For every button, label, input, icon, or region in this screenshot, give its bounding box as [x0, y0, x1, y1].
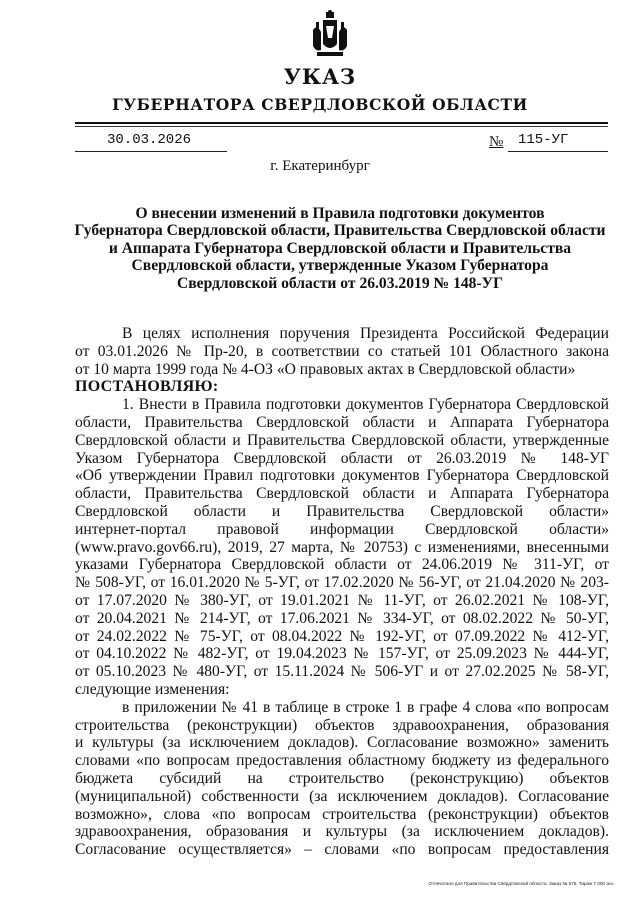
change-line: здравоохранения, образования и культуры …: [75, 823, 609, 841]
item1-line: интернет-портал правовой информации Свер…: [75, 521, 609, 539]
change-line: (муниципальной) собственности (за исключ…: [75, 788, 609, 806]
print-footer: Отпечатано для Правительства Свердловско…: [428, 881, 614, 886]
item1-line: указами Губернатора Свердловской области…: [75, 556, 609, 574]
change-line: Согласование осуществляется» – словами «…: [75, 841, 609, 859]
item1-line: «Об утверждении Правил подготовки докуме…: [75, 467, 609, 485]
item1-line: от 05.10.2023 № 480-УГ, от 15.11.2024 № …: [75, 663, 609, 681]
item1-line: (www.pravo.gov66.ru), 2019, 27 марта, № …: [75, 539, 609, 557]
decree-heading: О внесении изменений в Правила подготовк…: [70, 205, 610, 292]
change-line: словами «по вопросам предоставления обла…: [75, 752, 609, 770]
item1-line: следующие изменения:: [75, 681, 609, 699]
heading-line: Губернатора Свердловской области, Правит…: [70, 222, 610, 239]
number-underline: [508, 151, 608, 152]
header-rule-thin: [75, 126, 608, 127]
document-type-title: УКАЗ: [0, 64, 640, 89]
coat-of-arms-icon: [311, 10, 349, 62]
item1-line: № 508-УГ, от 16.01.2020 № 5-УГ, от 17.02…: [75, 574, 609, 592]
decree-body: В целях исполнения поручения Президента …: [75, 325, 609, 859]
item1-line: области, Правительства Свердловской обла…: [75, 414, 609, 432]
heading-line: Свердловской области от 26.03.2019 № 148…: [70, 275, 610, 292]
item1-line: Свердловской области и Правительства Све…: [75, 503, 609, 521]
item1-line: от 24.02.2022 № 75-УГ, от 08.04.2022 № 1…: [75, 628, 609, 646]
heading-line: О внесении изменений в Правила подготовк…: [70, 205, 610, 222]
decree-word: ПОСТАНОВЛЯЮ:: [75, 378, 609, 396]
decree-number: 115-УГ: [518, 132, 568, 148]
header-rule: [75, 122, 608, 124]
heading-line: и Аппарата Губернатора Свердловской обла…: [70, 240, 610, 257]
number-sign: №: [489, 134, 503, 151]
item1-line: от 04.10.2022 № 482-УГ, от 19.04.2023 № …: [75, 645, 609, 663]
change-line: возможно», слова «по вопросам строительс…: [75, 806, 609, 824]
item1-line: Указом Губернатора Свердловской области …: [75, 450, 609, 468]
preamble-line: от 03.01.2026 № Пр-20, в соответствии со…: [75, 343, 609, 361]
item1-line: области, Правительства Свердловской обла…: [75, 485, 609, 503]
issuer-title: ГУБЕРНАТОРА СВЕРДЛОВСКОЙ ОБЛАСТИ: [0, 95, 640, 114]
change-line: строительства (реконструкции) объектов з…: [75, 717, 609, 735]
item1-line: от 17.07.2020 № 380-УГ, от 19.01.2021 № …: [75, 592, 609, 610]
change-line: в приложении № 41 в таблице в строке 1 в…: [75, 699, 609, 717]
city: г. Екатеринбург: [0, 158, 640, 175]
item1-line: от 20.04.2021 № 214-УГ, от 17.06.2021 № …: [75, 610, 609, 628]
change-line: бюджета субсидий на строительство (рекон…: [75, 770, 609, 788]
date-underline: [75, 151, 227, 152]
heading-line: Свердловской области, утвержденные Указо…: [70, 257, 610, 274]
item1-line: 1. Внести в Правила подготовки документо…: [75, 396, 609, 414]
preamble-line: от 10 марта 1999 года № 4-ОЗ «О правовых…: [75, 361, 609, 379]
item1-line: Свердловской области и Правительства Све…: [75, 432, 609, 450]
decree-date: 30.03.2026: [107, 132, 191, 148]
preamble-line: В целях исполнения поручения Президента …: [75, 325, 609, 343]
change-line: и культуры (за исключением докладов). Со…: [75, 734, 609, 752]
